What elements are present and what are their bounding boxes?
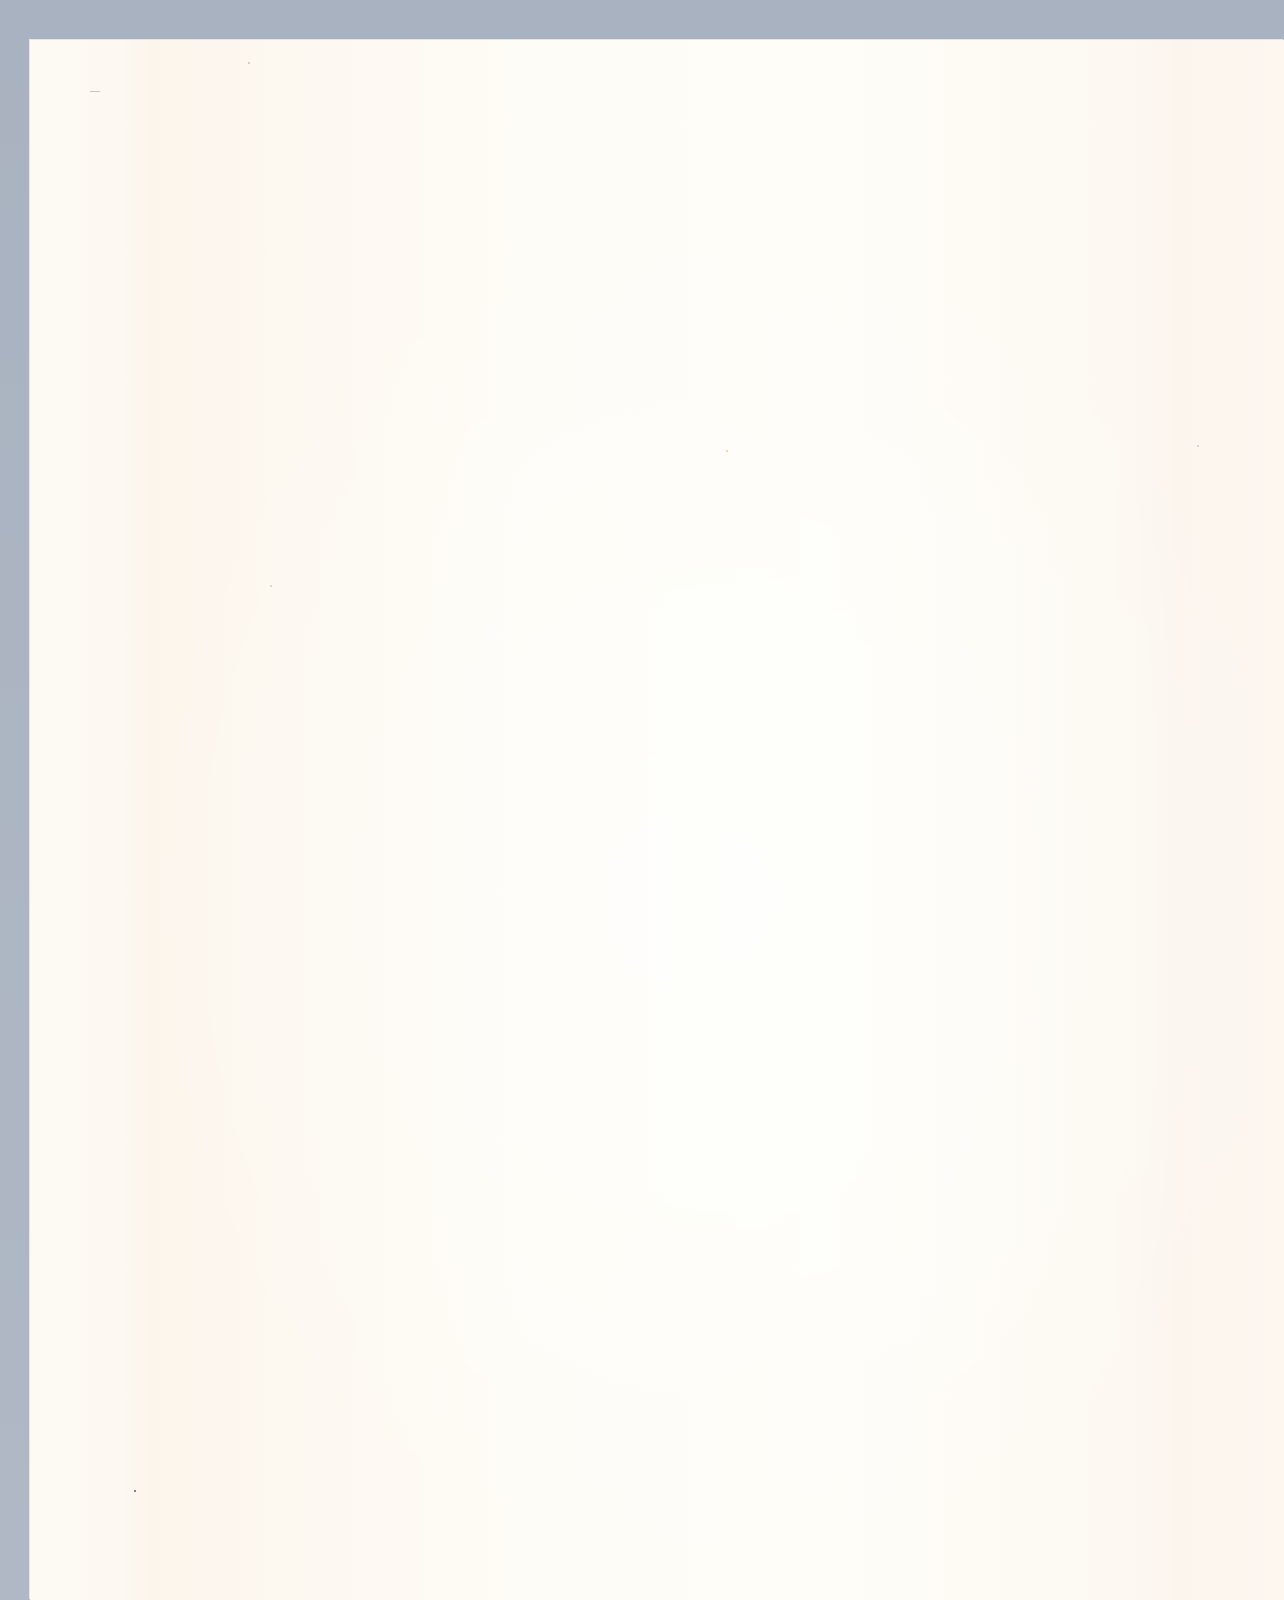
paper-speck [1197,445,1199,447]
paper-speck [270,585,272,587]
paper-speck [726,450,728,452]
paper-speck [134,1490,136,1492]
paper-speck [248,62,250,64]
blank-scanned-page [30,40,1284,1600]
paper-mark [90,91,100,92]
